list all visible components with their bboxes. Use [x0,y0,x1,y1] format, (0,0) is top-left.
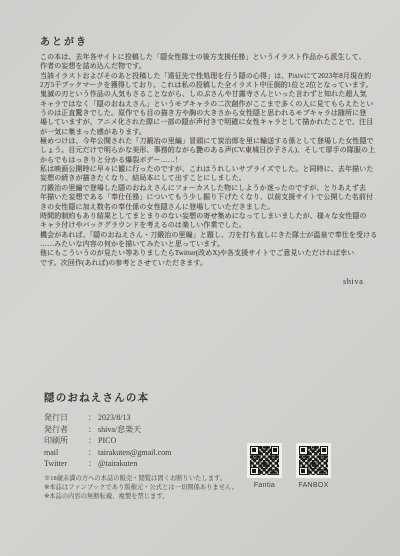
colophon-row-twitter: Twitter ： @tairakuten [44,458,171,470]
afterword-body-text: この本は、去年各サイトに投稿した「隠女性隊士の後方支援任務」というイラスト作品か… [40,53,378,268]
row-separator: ： [88,435,98,447]
row-value: shiva/怠楽天 [98,424,141,436]
row-value: PICO [98,435,116,447]
book-title: 隠のおねえさんの本 [44,390,149,405]
row-value: 2023/8/13 [98,412,130,424]
fantia-qr-label: Fantia [254,482,275,489]
row-separator: ： [88,424,98,436]
author-signature: shiva [343,276,363,286]
qr-finder-icon [320,446,329,455]
qr-finder-icon [271,446,280,455]
fanbox-qr-code [299,446,328,475]
fantia-qr-code [250,446,279,475]
scanned-page: あとがき この本は、去年各サイトに投稿した「隠女性隊士の後方支援任務」というイラ… [0,0,400,556]
colophon-row-publish-date: 発行日 ： 2023/8/13 [44,412,171,424]
fanbox-qr-figure: FANBOX [296,443,331,489]
colophon-row-publisher: 発行者 ： shiva/怠楽天 [44,424,171,436]
row-value-twitter-handle: @tairakuten [98,458,137,470]
row-value-email: tairakuten@gmail.com [98,447,171,459]
colophon-row-printer: 印刷所 ： PICO [44,435,171,447]
qr-code-area: Fantia FANBOX [247,443,331,489]
row-separator: ： [88,458,98,470]
colophon-rows: 発行日 ： 2023/8/13 発行者 ： shiva/怠楽天 印刷所 ： PI… [44,412,171,470]
row-separator: ： [88,447,98,459]
colophon-row-mail: mail ： tairakuten@gmail.com [44,447,171,459]
fanbox-qr-box [296,443,331,478]
fanbox-qr-label: FANBOX [298,482,328,489]
row-label: 印刷所 [44,435,88,447]
qr-finder-icon [250,446,259,455]
row-label: 発行者 [44,424,88,436]
qr-finder-icon [299,446,308,455]
row-separator: ： [88,412,98,424]
legal-notices: ※18歳未満の方への本誌の販売・閲覧は固くお断りいたします。 ※本誌はファンブッ… [44,474,274,501]
qr-finder-icon [299,467,308,476]
fantia-qr-box [247,443,282,478]
row-label: Twitter [44,458,88,470]
row-label: mail [44,447,88,459]
fantia-qr-figure: Fantia [247,443,282,489]
afterword-heading: あとがき [40,33,88,48]
row-label: 発行日 [44,412,88,424]
qr-finder-icon [250,467,259,476]
